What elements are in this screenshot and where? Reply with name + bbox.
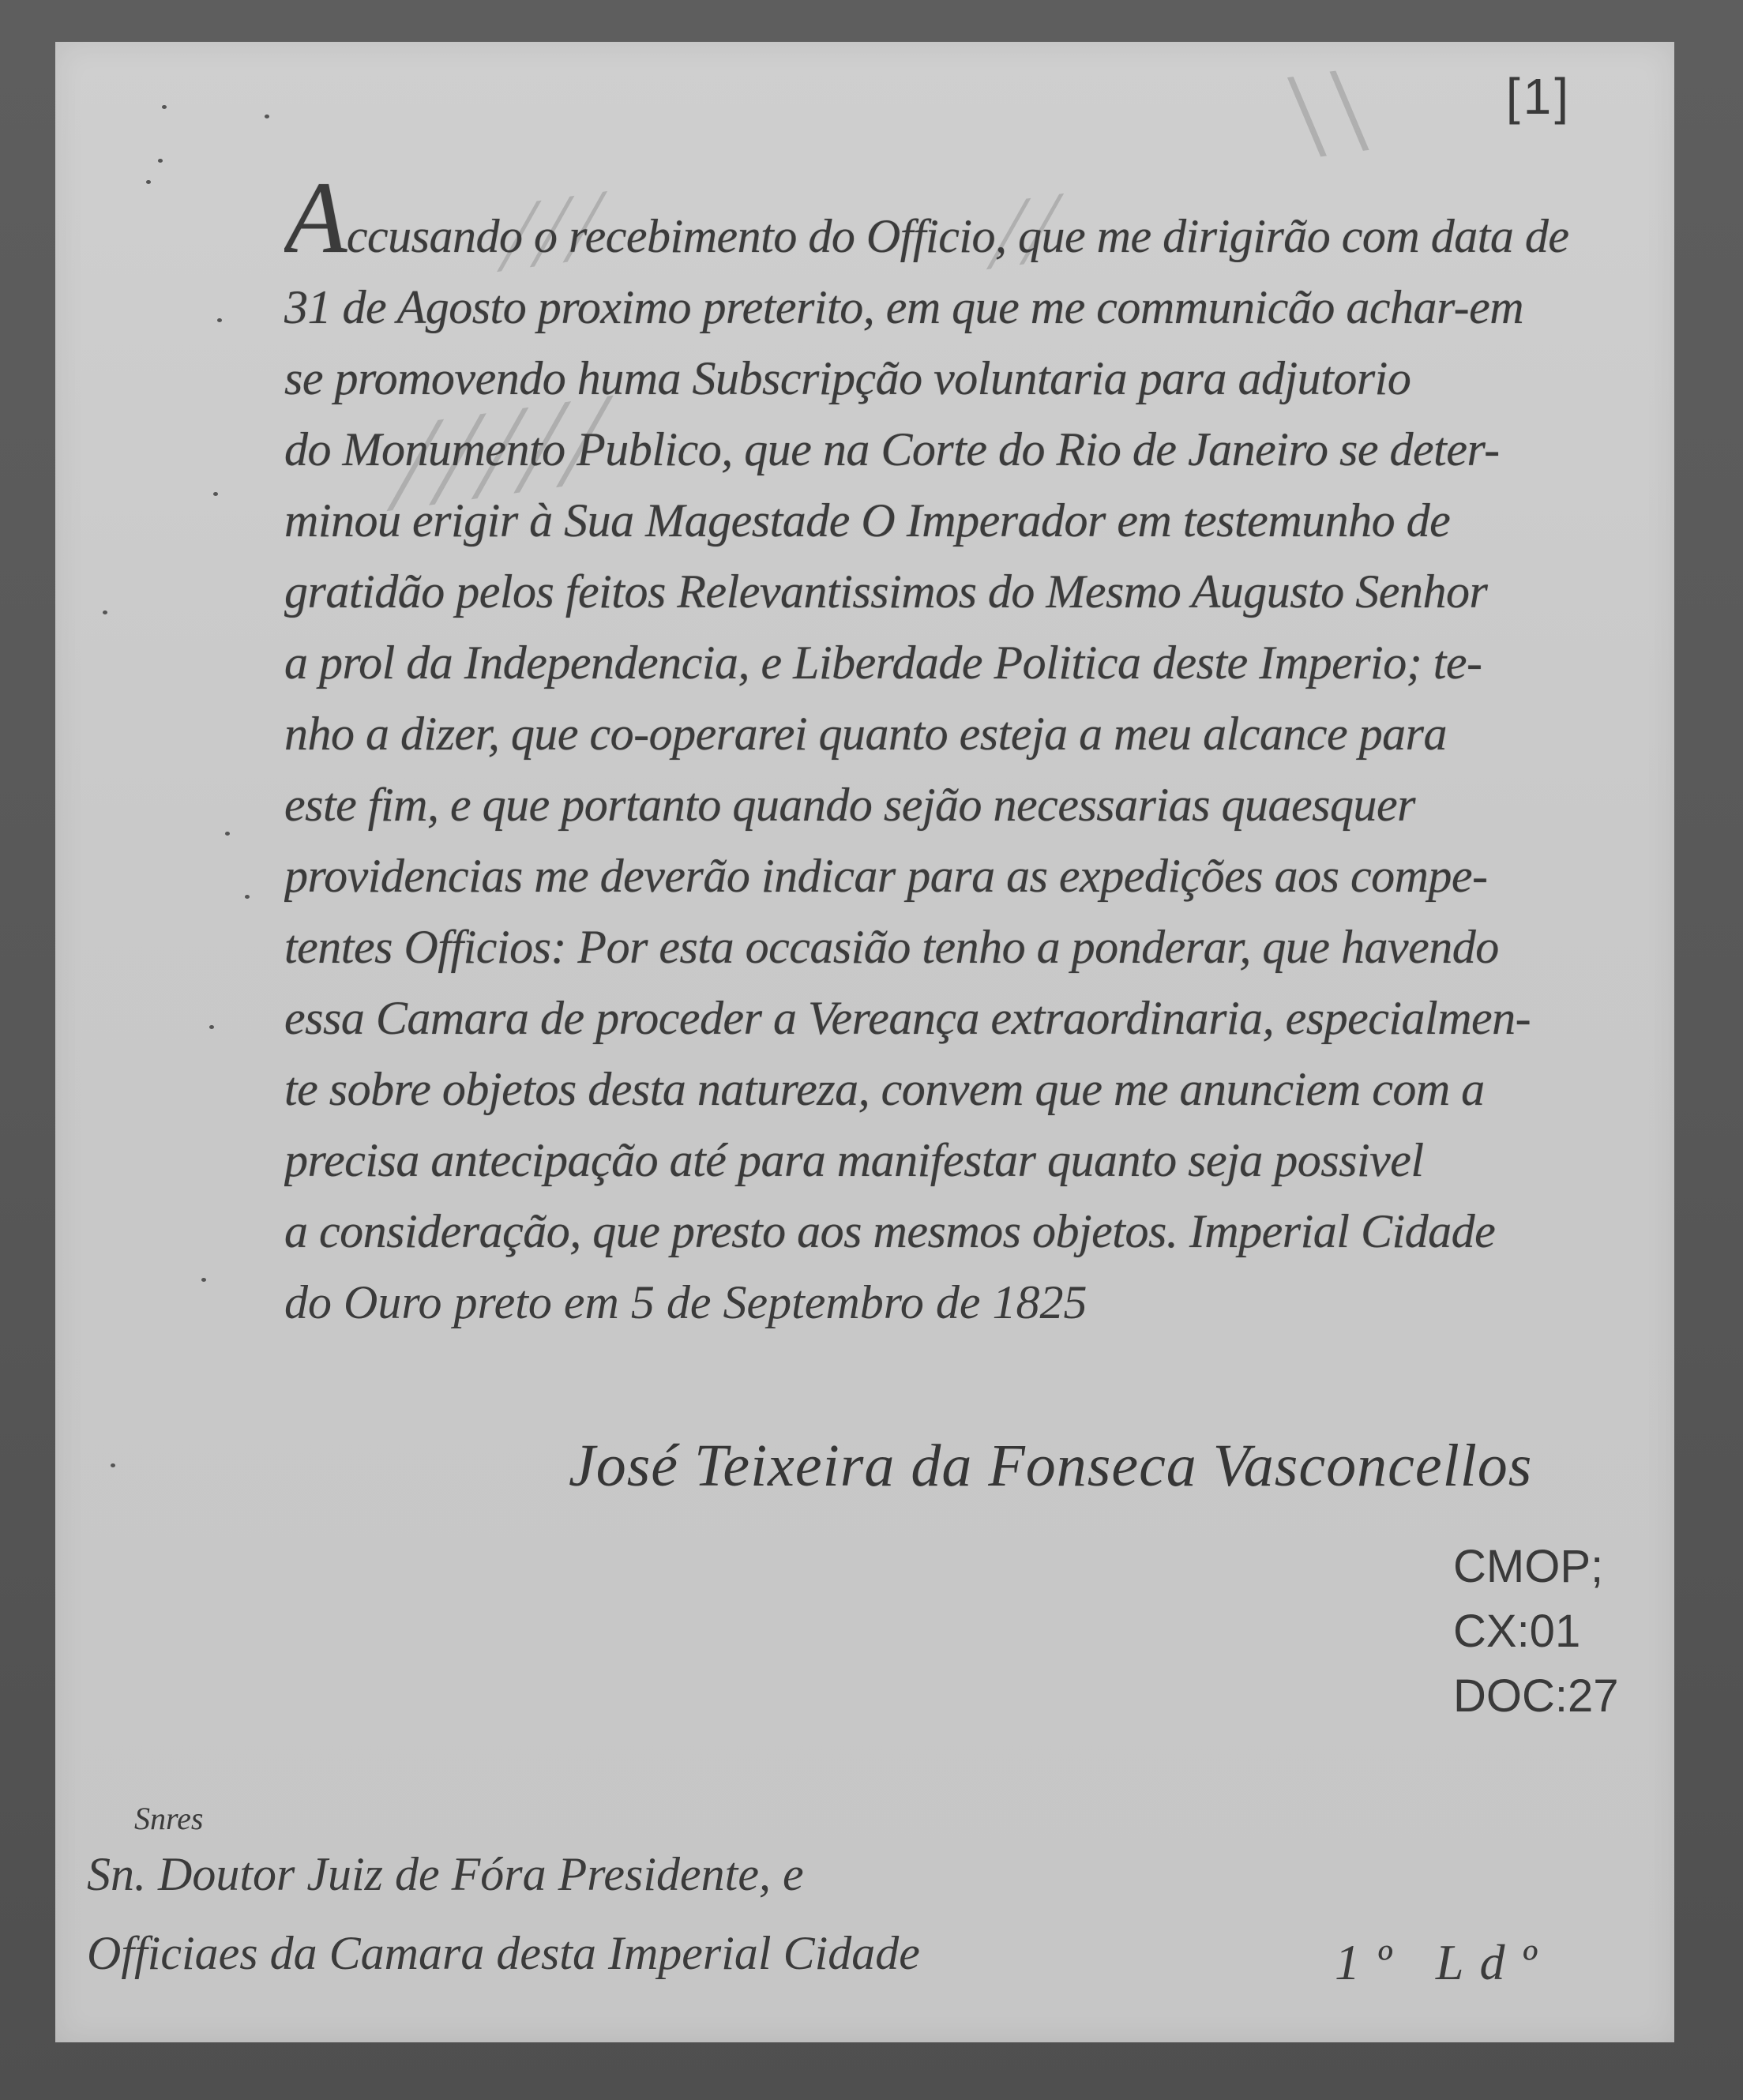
body-line: tentes Officios: Por esta occasião tenho…: [284, 911, 1706, 982]
body-line: minou erigir à Sua Magestade O Imperador…: [284, 485, 1706, 556]
paper-speck: [111, 1463, 115, 1467]
body-line: providencias me deverão indicar para as …: [284, 840, 1706, 911]
body-line: gratidão pelos feitos Relevantissimos do…: [284, 556, 1706, 627]
paper-speck: [217, 318, 222, 322]
body-line: a consideração, que presto aos mesmos ob…: [284, 1196, 1706, 1267]
addressee-line: Officiaes da Camara desta Imperial Cidad…: [87, 1914, 920, 1993]
body-line: este fim, e que portanto quando sejão ne…: [284, 769, 1706, 840]
paper-speck: [213, 492, 218, 496]
body-line: essa Camara de proceder a Vereança extra…: [284, 982, 1706, 1054]
body-line: 31 de Agosto proximo preterito, em que m…: [284, 272, 1706, 343]
manuscript-page: ╱╱╱ ╱╱ ╱╱╱╱╱ ╲╲ [1] Accusando o recebime…: [55, 42, 1674, 2042]
archive-reference: CMOP; CX:01 DOC:27: [1453, 1535, 1619, 1729]
paper-speck: [103, 610, 107, 614]
body-line: te sobre objetos desta natureza, convem …: [284, 1054, 1706, 1125]
addressee-salutation: Snres: [134, 1803, 920, 1835]
bleed-through-mark: ╲╲: [1274, 68, 1370, 162]
paper-speck: [146, 180, 151, 184]
body-line: precisa antecipação até para manifestar …: [284, 1125, 1706, 1196]
archive-box: CX:01: [1453, 1599, 1619, 1664]
page-number-annotation: [1]: [1506, 67, 1572, 126]
body-line: a prol da Independencia, e Liberdade Pol…: [284, 627, 1706, 698]
dateline: do Ouro preto em 5 de Septembro de 1825: [284, 1267, 1706, 1338]
body-line: nho a dizer, que co-operarei quanto este…: [284, 698, 1706, 769]
paper-speck: [225, 832, 230, 836]
signature: José Teixeira da Fonseca Vasconcellos: [569, 1432, 1532, 1501]
body-line: se promovendo huma Subscripção voluntari…: [284, 343, 1706, 414]
paper-speck: [209, 1025, 214, 1029]
paper-speck: [265, 115, 269, 118]
archive-document-number: DOC:27: [1453, 1664, 1619, 1729]
paper-speck: [158, 159, 163, 163]
body-line: do Monumento Publico, que na Corte do Ri…: [284, 414, 1706, 485]
paper-speck: [201, 1278, 206, 1282]
body-line: Accusando o recebimento do Officio, que …: [284, 182, 1706, 272]
paper-speck: [162, 105, 167, 109]
addressee-block: Snres Sn. Doutor Juiz de Fóra Presidente…: [87, 1803, 920, 1993]
archive-collection: CMOP;: [1453, 1535, 1619, 1599]
letter-body: Accusando o recebimento do Officio, que …: [284, 182, 1706, 1338]
folio-mark: 1º Ldº: [1335, 1933, 1552, 1992]
paper-speck: [245, 895, 250, 899]
addressee-line: Sn. Doutor Juiz de Fóra Presidente, e: [87, 1835, 920, 1914]
